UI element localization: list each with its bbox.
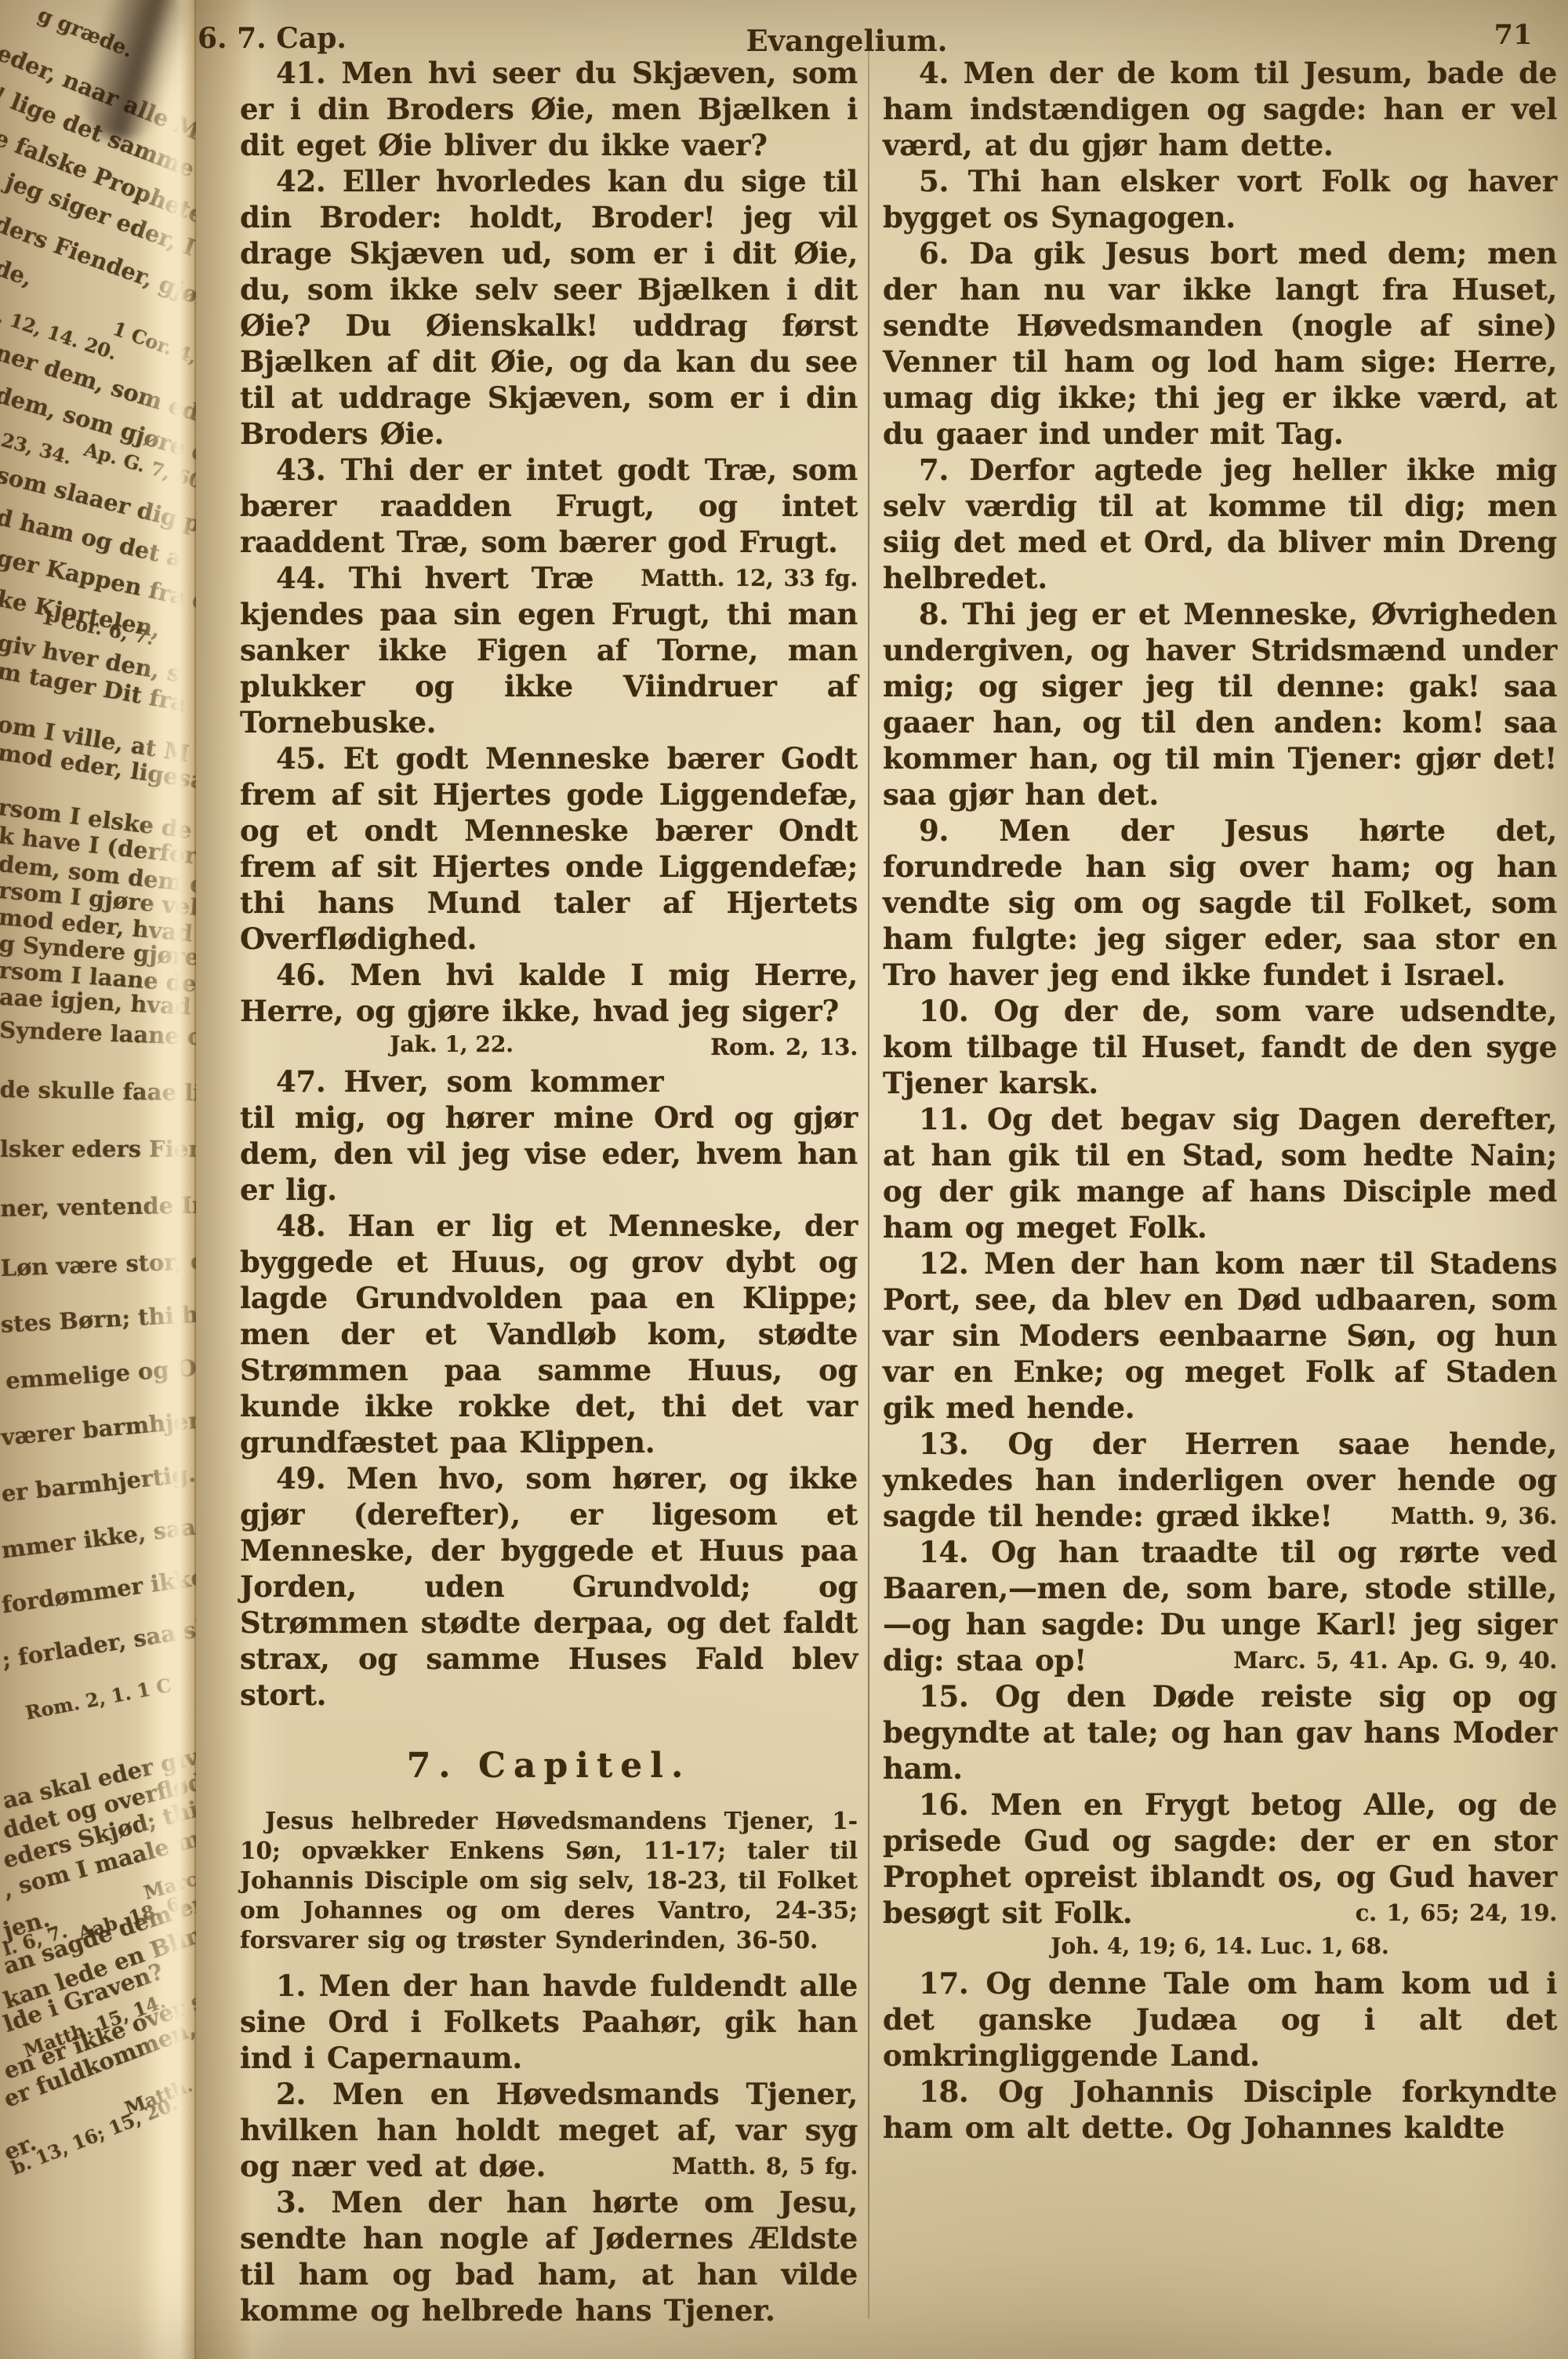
verse-number: 8. [919,597,963,631]
text-column-left: 41. Men hvi seer du Skjæven, som er i di… [240,55,858,2328]
margin-fragment: Marc. 4, 24 [141,1849,196,1904]
chapter-summary: Jesus helbreder Høvedsmandens Tjener, 1-… [240,1806,858,1955]
verse: 18. Og Johannis Disciple forkyndte ham o… [883,2074,1557,2146]
margin-fragment: b. 13, 16; 15, 20. [8,2092,180,2179]
verse-number: 47. [276,1064,343,1099]
margin-fragment: Syndere laane ogsaa S [0,1016,196,1053]
scripture-ref: c. 1, 65; 24, 19. [1319,1895,1557,1931]
verse-number: 11. [919,1102,987,1136]
verse-number: 43. [276,453,341,487]
verse-number: 41. [276,56,341,90]
margin-fragment: værer barmhjertige, l [0,1401,196,1451]
verse: 17. Og denne Tale om ham kom ud i det ga… [883,1965,1557,2074]
margin-fragment: Løn være stor, og I sk [0,1245,196,1281]
verse: 12. Men der han kom nær til Stadens Port… [883,1245,1557,1426]
verse-number: 10. [919,994,993,1028]
margin-fragment: emmelige og Onde. [5,1350,196,1394]
verse-number: 2. [276,2077,332,2111]
verse-number: 45. [276,741,343,776]
verse-number: 42. [276,164,343,198]
verse-number: 13. [919,1427,1007,1461]
verse: 41. Men hvi seer du Skjæven, som er i di… [240,55,858,163]
margin-fragment: er barmhjertig. [0,1460,196,1507]
verse-number: 12. [919,1246,984,1281]
header-chapter-range: 6. 7. Cap. [198,22,347,55]
verse: 11. Og det begav sig Dagen derefter, at … [883,1101,1557,1245]
verse: 2. Men en Høvedsmands Tjener, hvilken ha… [240,2076,858,2184]
scripture-ref: Matth. 9, 36. [1355,1498,1557,1534]
verse: 46. Men hvi kalde I mig Herre, Herre, og… [240,957,858,1029]
verse: 10. Og der de, som vare udsendte, kom ti… [883,993,1557,1101]
verse: 14. Og han traadte til og rørte ved Baar… [883,1534,1557,1678]
verse-number: 6. [919,236,969,271]
verse-number: 44. [276,561,349,595]
scripture-ref: Rom. 2, 13. [674,1029,858,1065]
verse-number: 18. [919,2074,998,2109]
verse: 49. Men hvo, som hører, og ikke gjør (de… [240,1460,858,1713]
verse: 45. Et godt Menneske bærer Godt frem af … [240,740,858,957]
verse-number: 7. [919,453,969,487]
verse-number: 16. [919,1787,990,1822]
verse: 1. Men der han havde fuldendt alle sine … [240,1968,858,2076]
verse-number: 48. [276,1209,347,1243]
verse-number: 46. [276,958,350,992]
verse: 13. Og der Herren saae hende, ynkedes ha… [883,1426,1557,1534]
previous-page-edge: g græde.eder, naar alle Me! lige det sam… [0,0,196,2359]
scripture-ref: Matth. 12, 33 fg. [604,560,858,596]
verse: 42. Eller hvorledes kan du sige til din … [240,163,858,452]
verse: 43. Thi der er intet godt Træ, som bærer… [240,452,858,560]
margin-fragment: Rom. 2, 1. 1 C [24,1674,173,1725]
verse: 3. Men der han hørte om Jesu, sendte han… [240,2184,858,2328]
margin-fragment: g græde. [34,3,136,63]
verse: 6. Da gik Jesus bort med dem; men der ha… [883,235,1557,452]
verse-number: 15. [919,1679,995,1714]
scripture-ref: Matth. 8, 5 fg. [636,2148,858,2184]
margin-fragment: lsker eders Fiender, og [0,1136,196,1162]
verse: 15. Og den Døde reiste sig op og begyndt… [883,1678,1557,1787]
margin-fragment: de, [0,254,36,292]
header-running-title: Evangelium. [682,24,1011,58]
margin-fragment: mmer ikke, saa skulle i [0,1501,196,1564]
margin-fragment: de skulle faae lige igjen. [0,1076,196,1108]
margin-fragment: stes Børn; thi han er [0,1297,196,1338]
margin-fragment: ner, ventende Intet der [0,1190,196,1222]
verse: 4. Men der de kom til Jesum, bade de ham… [883,55,1557,163]
verse-number: 49. [276,1461,347,1496]
text-column-right: 4. Men der de kom til Jesum, bade de ham… [883,55,1557,2146]
chapter-heading: 7. Capitel. [240,1746,858,1786]
scripture-ref-line: Joh. 4, 19; 6, 14. Luc. 1, 68. [883,1931,1557,1962]
verse-number: 14. [919,1535,991,1569]
margin-fragment: 1 Cor. 4, [110,317,196,369]
verse: 8. Thi jeg er et Menneske, Øvrigheden un… [883,596,1557,812]
verse: 16. Men en Frygt betog Alle, og de prise… [883,1787,1557,1931]
verse: 47. Hver, som kommer til mig, og hører m… [240,1063,858,1208]
book-page-photo: g græde.eder, naar alle Me! lige det sam… [0,0,1568,2359]
verse-number: 4. [919,56,964,90]
verse-number: 9. [919,813,999,848]
verse-number: 1. [276,1968,319,2003]
page-number: 71 [1482,19,1544,51]
verse: 7. Derfor agtede jeg heller ikke mig sel… [883,452,1557,596]
margin-fragment: 23, 34. [0,428,74,469]
verse-number: 5. [919,164,968,198]
margin-fragment: fordømmer ikke, saa sk [0,1550,196,1619]
verse-number: 3. [276,2185,332,2219]
verse-number: 17. [919,1966,986,2001]
verse: 48. Han er lig et Menneske, der byggede … [240,1208,858,1460]
verse: 9. Men der Jesus hørte det, forundrede h… [883,812,1557,993]
verse: 5. Thi han elsker vort Folk og haver byg… [883,163,1557,235]
column-divider-rule [868,50,869,2318]
scripture-ref: Marc. 5, 41. Ap. G. 9, 40. [1197,1642,1557,1678]
